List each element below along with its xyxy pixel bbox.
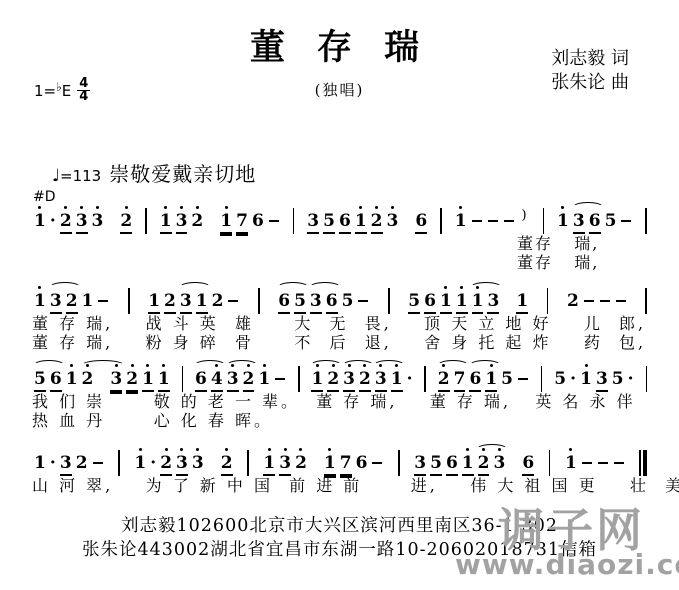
octave-dot (70, 364, 73, 367)
augmentation-dot: · (50, 211, 56, 234)
note-spacer (205, 213, 218, 234)
note: 3 (573, 211, 585, 234)
barline (549, 450, 551, 476)
note: 2 (478, 453, 490, 476)
note: 1 (66, 369, 78, 392)
note: 7 (340, 453, 352, 476)
note: 1 (440, 291, 452, 314)
note: 1 (34, 291, 46, 314)
measure: 27615 (436, 360, 531, 392)
note: 5 (501, 369, 513, 392)
octave-dot (164, 206, 167, 209)
note: 5 (554, 369, 566, 392)
note-spacer (400, 213, 413, 234)
note: 2 (243, 369, 255, 392)
note: 1 (34, 453, 46, 476)
octave-dot (96, 206, 99, 209)
dash-note (517, 369, 529, 392)
note: 2 (221, 453, 233, 476)
note: 3 (487, 291, 499, 314)
music-line: 1·233213217635612361)1365 (32, 202, 647, 234)
barline (388, 288, 390, 314)
watermark-site: www.diaozi.com (455, 548, 679, 581)
note: 1 (455, 211, 467, 234)
note: 1 (311, 369, 323, 392)
dash-note (615, 291, 627, 314)
expression-text: 崇敬爱戴亲切地 (109, 158, 256, 187)
note: 3 (493, 453, 505, 476)
barline (645, 288, 647, 314)
octave-dot (444, 286, 447, 289)
composer-credit: 张朱论 曲 (551, 71, 629, 95)
barline (541, 366, 543, 392)
note: 3 (76, 211, 88, 234)
lyricist-credit: 刘志毅 词 (551, 47, 629, 71)
note: 1 (158, 369, 170, 392)
music-line: 5612321164321123231·276155·135· (32, 360, 647, 392)
credits: 刘志毅 词 张朱论 曲 (551, 47, 629, 95)
measure: 1321 (32, 282, 111, 314)
octave-dot (180, 206, 183, 209)
note: 1 (391, 369, 403, 392)
dash-note (371, 453, 383, 476)
augmentation-dot: · (407, 369, 413, 392)
music-line: 1·321·233213217635612361 (32, 444, 647, 476)
note: 3 (310, 291, 322, 314)
octave-dot (569, 448, 572, 451)
slur-arc (49, 282, 81, 293)
lyric-line: 董 存 瑞, 战 斗 英 雄 大 无 畏, 顶 天 立 地 好 儿 郎, (32, 314, 647, 333)
augmentation-dot: · (628, 369, 634, 392)
note: 1 (565, 453, 577, 476)
note: 6 (469, 369, 481, 392)
augmentation-dot: · (150, 453, 156, 476)
note: 3 (227, 369, 239, 392)
note: 3 (307, 211, 319, 234)
barline (440, 208, 442, 234)
octave-dot (165, 448, 168, 451)
dash-note (487, 211, 499, 234)
measure: 65365 (276, 282, 371, 314)
note: 2 (160, 453, 172, 476)
note: 5 (612, 369, 624, 392)
measure: 132176 (261, 444, 385, 476)
octave-dot (459, 206, 462, 209)
octave-dot (268, 448, 271, 451)
barline (646, 366, 648, 392)
barline (128, 288, 130, 314)
octave-dot (359, 206, 362, 209)
note-spacer (206, 455, 219, 476)
note: 1 (82, 291, 94, 314)
measure: 1 (563, 444, 627, 476)
note: 2 (191, 211, 203, 234)
note: 6 (278, 291, 290, 314)
lyric-line: 董 存 瑞, 粉 身 碎 骨 不 后 退, 舍 身 托 起 炸 药 包, (32, 333, 647, 352)
note: 6 (195, 369, 207, 392)
note: 6 (415, 211, 427, 234)
note: 2 (567, 291, 579, 314)
note: 2 (66, 291, 78, 314)
score-lines: 1·233213217635612361)1365董存 瑞,董存 瑞,13211… (32, 202, 647, 495)
barline (643, 450, 647, 476)
octave-dot (375, 206, 378, 209)
note: 1 (324, 453, 336, 476)
lyric-line: 董存 瑞, (517, 234, 647, 253)
slur-arc (277, 282, 309, 293)
note: 5 (342, 291, 354, 314)
note: 3 (414, 453, 426, 476)
note: 6 (356, 453, 368, 476)
note: 2 (371, 211, 383, 234)
note: 3 (343, 369, 355, 392)
flat-icon: ♭ (56, 80, 62, 94)
measure: 2 (565, 282, 629, 314)
dash-note (583, 291, 595, 314)
note-spacer (95, 371, 108, 392)
music-line: 1321123126536556111312 (32, 282, 647, 314)
note: 1 (34, 211, 46, 234)
note: 2 (120, 211, 132, 234)
lyric-line: 我 们 崇 敬 的 老 一 辈。 董 存 瑞, 董 存 瑞, 英 名 永 伴 (32, 392, 647, 411)
note: 1 (355, 211, 367, 234)
note: 1 (472, 291, 484, 314)
measure: 1365 (555, 202, 634, 234)
dash-note (92, 453, 104, 476)
note: 6 (446, 453, 458, 476)
octave-dot (64, 206, 67, 209)
octave-dot (139, 448, 142, 451)
key-signature: 1=♭E 4 4 (34, 78, 90, 103)
barline (293, 208, 295, 234)
note: 1 (557, 211, 569, 234)
barline (258, 288, 260, 314)
barline (182, 366, 184, 392)
dash-note (274, 369, 286, 392)
barline (145, 208, 147, 234)
measure: 1·32 (32, 444, 106, 476)
note: 3 (110, 369, 122, 392)
measure: 12312 (146, 282, 241, 314)
tempo-value: =113 (60, 167, 101, 185)
final-barline (639, 450, 647, 476)
note: 2 (327, 369, 339, 392)
note: 5 (408, 291, 420, 314)
note: 3 (192, 453, 204, 476)
slur-arc (179, 282, 211, 293)
dash-note (581, 453, 593, 476)
note: 1 (148, 291, 160, 314)
meter-bottom: 4 (79, 91, 88, 103)
note: 1 (220, 211, 232, 234)
octave-dot (125, 206, 128, 209)
lyric-line: 山 河 翠, 为 了 新 中 国 前 进 前 进, 伟 大 祖 国 更 壮 美。 (32, 476, 647, 495)
note: 4 (211, 369, 223, 392)
note: 5 (323, 211, 335, 234)
octave-dot (196, 206, 199, 209)
barline (118, 450, 120, 476)
note: 1 (134, 453, 146, 476)
note: 5 (294, 291, 306, 314)
note: 2 (126, 369, 138, 392)
note: 1 (160, 211, 172, 234)
barline (247, 450, 249, 476)
dash-note (471, 211, 483, 234)
note: 6 (326, 291, 338, 314)
octave-dot (180, 448, 183, 451)
measure: 1·2332 (32, 202, 134, 234)
quarter-note-icon: ♩ (52, 166, 60, 186)
note: 1 (142, 369, 154, 392)
note: 5 (430, 453, 442, 476)
note: 6 (339, 211, 351, 234)
note: 3 (596, 369, 608, 392)
octave-dot (263, 364, 266, 367)
octave-dot (146, 364, 149, 367)
barline (645, 208, 647, 234)
octave-dot (460, 286, 463, 289)
slur-arc (469, 360, 501, 371)
octave-dot (196, 448, 199, 451)
lyric-line: 热 血 丹 心 化 春 晖。 (32, 411, 647, 430)
tempo-marking: ♩ =113 崇敬爱戴亲切地 (52, 158, 256, 187)
octave-dot (162, 364, 165, 367)
dash-note (227, 291, 239, 314)
octave-dot (38, 206, 41, 209)
note: 2 (295, 453, 307, 476)
note: 2 (212, 291, 224, 314)
measure: 1·2332 (132, 444, 234, 476)
augmentation-dot: · (570, 369, 576, 392)
slur-arc (194, 360, 226, 371)
barline (424, 366, 426, 392)
slur-arc (572, 202, 604, 213)
note: 1 (258, 369, 270, 392)
note-spacer (309, 455, 322, 476)
note: 2 (60, 211, 72, 234)
dash-note (620, 211, 632, 234)
measure: 5611131 (406, 282, 530, 314)
augmentation-dot: · (50, 453, 56, 476)
octave-dot (561, 206, 564, 209)
octave-dot (391, 206, 394, 209)
octave-dot (299, 448, 302, 451)
dash-note (357, 291, 369, 314)
note: 6 (50, 369, 62, 392)
note: 2 (438, 369, 450, 392)
octave-dot (38, 286, 41, 289)
octave-dot (328, 448, 331, 451)
note: 6 (589, 211, 601, 234)
slur-arc (226, 360, 258, 371)
note: 3 (375, 369, 387, 392)
note: 6 (424, 291, 436, 314)
note: 2 (82, 369, 94, 392)
note: 2 (359, 369, 371, 392)
slur-arc (437, 360, 469, 371)
note: 3 (176, 211, 188, 234)
measure: 1) (453, 202, 532, 234)
octave-dot (466, 448, 469, 451)
dash-note (599, 291, 611, 314)
measure: 3561236 (305, 202, 429, 234)
dash-note (97, 291, 109, 314)
dash-note (613, 453, 625, 476)
note: 3 (279, 453, 291, 476)
note: 6 (252, 211, 264, 234)
barline (547, 288, 549, 314)
note: 1 (456, 291, 468, 314)
barline (298, 366, 300, 392)
note: 3 (92, 211, 104, 234)
note-spacer (501, 293, 514, 314)
measure: 3561236 (412, 444, 536, 476)
barline (543, 208, 545, 234)
octave-dot (131, 364, 134, 367)
measure: 56123211 (32, 360, 172, 392)
note: 3 (50, 291, 62, 314)
note: 7 (236, 211, 248, 234)
octave-dot (225, 206, 228, 209)
note: 3 (60, 453, 72, 476)
octave-dot (80, 206, 83, 209)
note: 5 (34, 369, 46, 392)
measure: 5·135· (552, 360, 635, 392)
barline (398, 450, 400, 476)
slur-arc (476, 444, 508, 455)
dash-note (503, 211, 515, 234)
note: 1 (462, 453, 474, 476)
octave-dot (225, 448, 228, 451)
key-letter: E (62, 82, 71, 100)
slur-arc (470, 282, 502, 293)
breath-mark: ) (519, 211, 530, 234)
barline (639, 450, 641, 476)
slur-arc (309, 282, 341, 293)
key-prefix: 1= (34, 82, 56, 100)
note: 1 (196, 291, 208, 314)
note: 5 (605, 211, 617, 234)
measure: 132176 (158, 202, 282, 234)
lyric-line: 董存 瑞, (517, 253, 647, 272)
octave-dot (284, 448, 287, 451)
octave-dot (585, 364, 588, 367)
note: 1 (263, 453, 275, 476)
dash-note (268, 211, 280, 234)
note: 1 (580, 369, 592, 392)
note: 2 (164, 291, 176, 314)
note-spacer (105, 213, 118, 234)
note-spacer (507, 455, 520, 476)
measure: 123231· (309, 360, 414, 392)
note: 3 (176, 453, 188, 476)
dash-note (597, 453, 609, 476)
note: 7 (454, 369, 466, 392)
note: 3 (387, 211, 399, 234)
note: 3 (180, 291, 192, 314)
slur-arc (81, 360, 125, 371)
note: 1 (516, 291, 528, 314)
note: 2 (76, 453, 88, 476)
note: 6 (522, 453, 534, 476)
slur-arc (33, 360, 65, 371)
time-signature: 4 4 (77, 78, 90, 103)
measure: 64321 (193, 360, 288, 392)
note: 1 (485, 369, 497, 392)
